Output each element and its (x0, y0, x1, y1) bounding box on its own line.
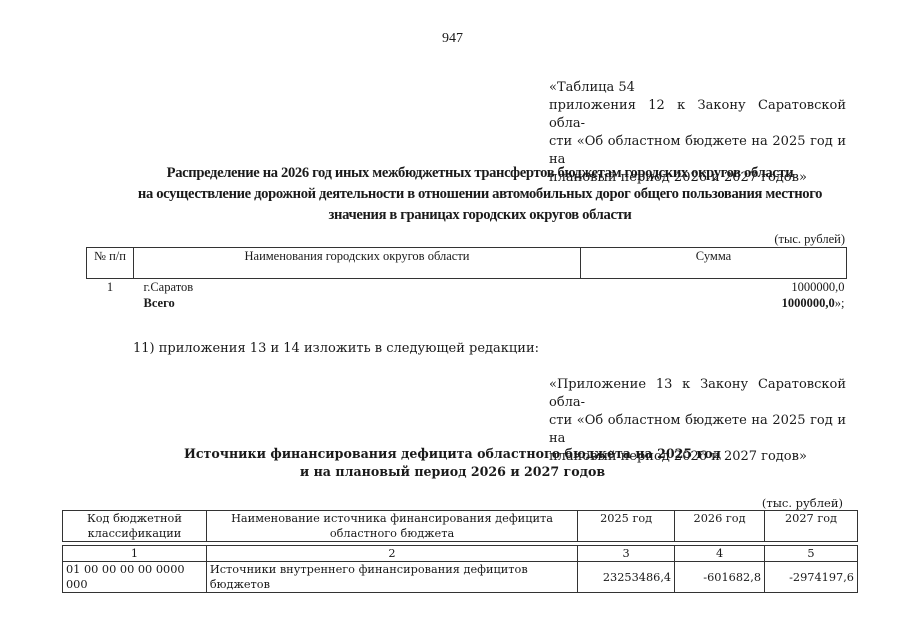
amendment-paragraph: 11) приложения 13 и 14 изложить в следую… (133, 341, 539, 356)
table-header-row: Код бюджетной классификации Наименование… (63, 511, 858, 542)
row-num: 1 (87, 279, 134, 296)
title-line: значения в границах городских округов об… (60, 205, 900, 226)
sources-table-title: Источники финансирования дефицита област… (0, 445, 905, 481)
col-num-5: 5 (765, 546, 858, 562)
row-name: г.Саратов (134, 279, 581, 296)
total-sum-cell: 1000000,0»; (581, 295, 847, 311)
header-2027: 2027 год (765, 511, 858, 542)
header-num: № п/п (87, 248, 134, 279)
annex-line: «Таблица 54 (549, 79, 846, 97)
total-sum: 1000000,0 (782, 296, 835, 310)
annex-line: «Приложение 13 к Закону Саратовской обла… (549, 376, 846, 412)
annex-line: сти «Об областном бюджете на 2025 год и … (549, 412, 846, 448)
table-total-row: Всего 1000000,0»; (87, 295, 847, 311)
row-2026: -601682,8 (675, 562, 765, 593)
annex-line: приложения 12 к Закону Саратовской обла- (549, 97, 846, 133)
table54-title: Распределение на 2026 год иных межбюджет… (60, 163, 900, 226)
row-2025: 23253486,4 (578, 562, 675, 593)
column-numbers-row: 1 2 3 4 5 (63, 546, 858, 562)
row-sum: 1000000,0 (581, 279, 847, 296)
sources-table-units: (тыс. рублей) (762, 496, 843, 510)
table54: № п/п Наименования городских округов обл… (86, 247, 847, 311)
header-name: Наименования городских округов области (134, 248, 581, 279)
title-line: и на плановый период 2026 и 2027 годов (0, 463, 905, 481)
header-2025: 2025 год (578, 511, 675, 542)
col-num-2: 2 (206, 546, 577, 562)
header-name: Наименование источника финансирования де… (206, 511, 577, 542)
col-num-3: 3 (578, 546, 675, 562)
col-num-4: 4 (675, 546, 765, 562)
table-row: 1 г.Саратов 1000000,0 (87, 279, 847, 296)
total-label: Всего (134, 295, 581, 311)
table-header-row: № п/п Наименования городских округов обл… (87, 248, 847, 279)
header-2026: 2026 год (675, 511, 765, 542)
table54-units: (тыс. рублей) (774, 232, 845, 247)
title-line: на осуществление дорожной деятельности в… (60, 184, 900, 205)
header-sum: Сумма (581, 248, 847, 279)
header-code: Код бюджетной классификации (63, 511, 207, 542)
page-number: 947 (0, 31, 905, 47)
table-row: 01 00 00 00 00 0000 000 Источники внутре… (63, 562, 858, 593)
title-line: Источники финансирования дефицита област… (0, 445, 905, 463)
total-suffix: »; (835, 296, 845, 310)
row-code: 01 00 00 00 00 0000 000 (63, 562, 207, 593)
row-name: Источники внутреннего финансирования деф… (206, 562, 577, 593)
title-line: Распределение на 2026 год иных межбюджет… (60, 163, 900, 184)
col-num-1: 1 (63, 546, 207, 562)
sources-table: Код бюджетной классификации Наименование… (62, 510, 858, 593)
row-2027: -2974197,6 (765, 562, 858, 593)
